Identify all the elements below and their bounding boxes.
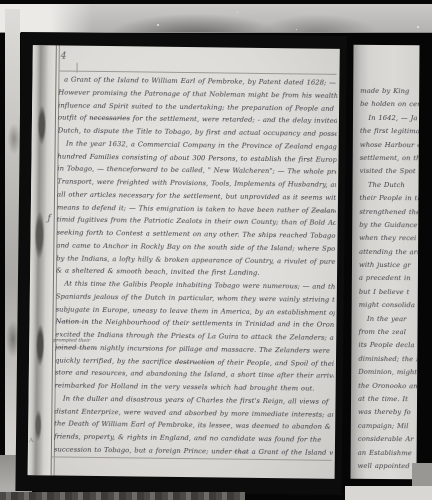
background-wall-band — [0, 4, 432, 33]
manuscript-line: The Dutch — [359, 179, 418, 193]
manuscript-line: made by King — [360, 85, 419, 99]
dust-speck — [237, 12, 238, 13]
manuscript-line: a precedent in — [359, 272, 418, 286]
manuscript-line: whose Harbour on — [360, 138, 419, 152]
dust-speck — [296, 29, 297, 30]
manuscript-line: In 1642, — Ja — [360, 112, 419, 126]
manuscript-line: attending the arr — [359, 246, 418, 260]
manuscript-line: their People in th — [359, 192, 418, 206]
manuscript-line: well appointed w — [358, 460, 417, 474]
photo-of-manuscript: made by Kingbe holden on cert In 1642, —… — [0, 0, 432, 500]
manuscript-line: settlement, on the — [360, 152, 419, 166]
manuscript-line: campaign; Mil — [358, 420, 417, 434]
manuscript-line: visited the Spot — [360, 165, 419, 179]
manuscript-line: might consolida — [359, 299, 418, 313]
manuscript-line: an Establishme — [358, 446, 417, 460]
manuscript-line: the first legitima — [360, 125, 419, 139]
manuscript-line: at the time. It — [358, 393, 417, 407]
manuscript-line: but I believe t — [359, 286, 418, 300]
manuscript-line: be holden on cert — [360, 98, 419, 112]
manuscript-line: Dominion, might — [358, 366, 417, 380]
manuscript-line: with justice gr — [359, 259, 418, 273]
manuscript-line: from the zeal — [358, 326, 417, 340]
manuscript-line: was thereby fo — [358, 406, 417, 420]
manuscript-line: diminished; the Du — [358, 353, 417, 367]
manuscript-line: considerable Ar — [358, 433, 417, 447]
corner-mark: A — [29, 437, 34, 444]
manuscript-page: 4 ƒ a Grant of the Island to William Ear… — [28, 45, 340, 479]
margin-tick — [77, 63, 78, 73]
dust-speck — [417, 26, 419, 28]
manuscript-line: the Oronooko an — [358, 379, 417, 393]
manuscript-line: strengthened them — [359, 205, 418, 219]
manuscript-text: a Grant of the Island to William Earl of… — [54, 73, 338, 458]
page-number: 4 — [61, 51, 67, 61]
manuscript-line: by the Guidance — [359, 219, 418, 233]
interline-correction: prompted their — [53, 338, 90, 343]
facing-leaf: made by Kingbe holden on cert In 1642, —… — [350, 45, 419, 479]
manuscript-frame: 4 ƒ a Grant of the Island to William Ear… — [15, 32, 347, 495]
manuscript-line: In the year — [359, 312, 418, 326]
dust-speck — [157, 24, 159, 26]
manuscript-line: when they recei — [359, 232, 418, 246]
manuscript-line: its People decla — [358, 339, 417, 353]
bottom-right-surface — [345, 486, 432, 500]
table-edge-texture — [0, 492, 245, 500]
facing-leaf-text: made by Kingbe holden on cert In 1642, —… — [358, 85, 420, 475]
margin-mark: ƒ — [48, 213, 51, 222]
